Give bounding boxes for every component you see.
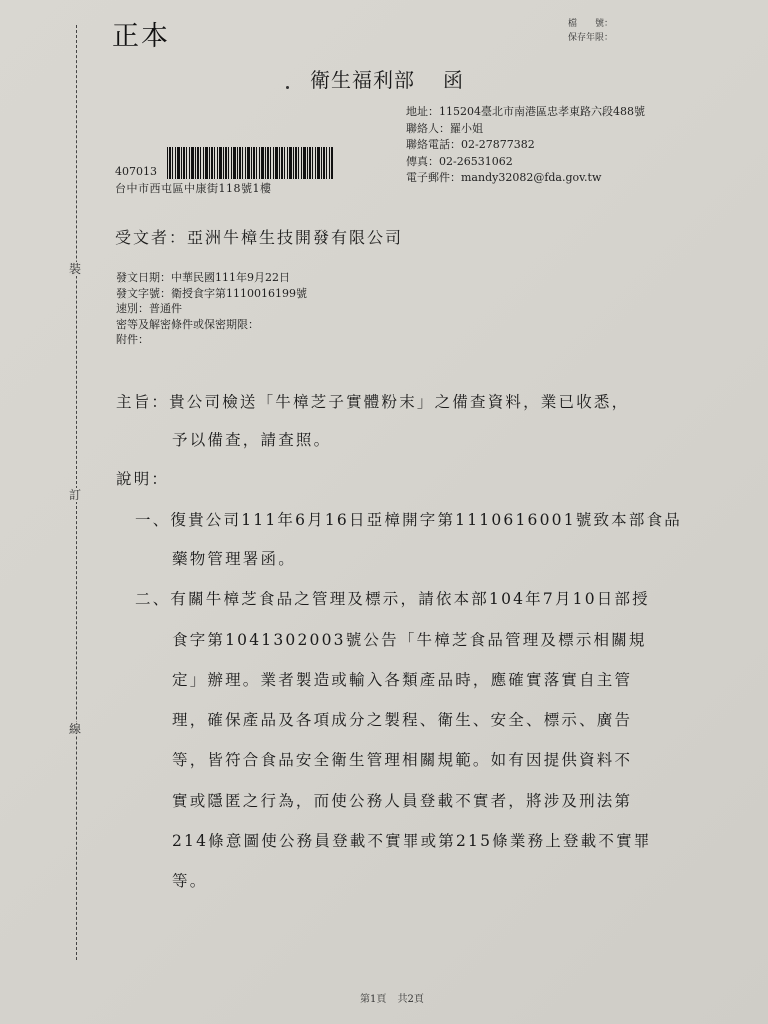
page-footer: 第1頁 共2頁 <box>360 990 424 1005</box>
binding-mark-ding: 訂 <box>69 488 81 502</box>
explanation-item-2-line-2: 食字第1041302003號公告「牛樟芝食品管理及標示相關規 <box>172 628 647 650</box>
delivery-type: 速別：普通件 <box>116 301 307 317</box>
original-copy-label: 正本 <box>112 14 170 53</box>
explanation-item-2-line-8: 等。 <box>172 869 207 891</box>
explanation-heading: 說明： <box>116 467 169 489</box>
header-dot <box>286 86 289 89</box>
explanation-item-2-line-3: 定」辦理。業者製造或輸入各類產品時，應確實落實自主管 <box>172 668 632 690</box>
classification: 密等及解密條件或保密期限： <box>116 317 307 333</box>
document-header: 衛生福利部函 <box>310 64 464 93</box>
retention-period-label: 保存年限： <box>568 31 613 45</box>
issue-date: 發文日期：中華民國111年9月22日 <box>116 270 307 286</box>
agency-name: 衛生福利部 <box>310 68 415 92</box>
sender-contact-block: 地址：115204臺北市南港區忠孝東路六段488號 聯絡人：羅小姐 聯絡電話：0… <box>406 104 645 187</box>
explanation-item-2-line-7: 214條意圖使公務員登載不實罪或第215條業務上登載不實罪 <box>172 829 651 851</box>
barcode <box>167 147 333 179</box>
document-type: 函 <box>443 68 464 92</box>
file-number-label: 檔 號： <box>568 17 613 31</box>
explanation-item-2-line-1: 二、有關牛樟芝食品之管理及標示，請依本部104年7月10日部授 <box>135 587 650 609</box>
attachments: 附件： <box>116 332 307 348</box>
subject-line-2: 予以備查，請查照。 <box>172 428 331 450</box>
contact-phone: 聯絡電話：02-27877382 <box>406 137 645 154</box>
explanation-item-2-line-4: 理，確保產品及各項成分之製程、衛生、安全、標示、廣告 <box>172 708 632 730</box>
sender-address: 地址：115204臺北市南港區忠孝東路六段488號 <box>406 104 645 121</box>
postal-code: 407013 <box>115 165 157 178</box>
archive-meta: 檔 號： 保存年限： <box>568 17 613 45</box>
explanation-item-1-line-2: 藥物管理署函。 <box>172 547 296 569</box>
binding-mark-xian: 線 <box>69 722 81 736</box>
explanation-item-2-line-5: 等，皆符合食品安全衛生管理相關規範。如有因提供資料不 <box>172 748 632 770</box>
recipient-address: 台中市西屯區中康街118號1樓 <box>115 180 272 196</box>
official-letter-page: 裝 訂 線 正本 檔 號： 保存年限： 衛生福利部函 地址：115204臺北市南… <box>0 0 768 1024</box>
document-number: 發文字號：衛授食字第1110016199號 <box>116 286 307 302</box>
document-meta-fields: 發文日期：中華民國111年9月22日 發文字號：衛授食字第1110016199號… <box>116 270 307 348</box>
contact-email: 電子郵件：mandy32082@fda.gov.tw <box>406 170 645 187</box>
binding-mark-zhuang: 裝 <box>69 262 81 276</box>
contact-fax: 傳真：02-26531062 <box>406 154 645 171</box>
subject-line-1: 主旨：貴公司檢送「牛樟芝子實體粉末」之備查資料，業已收悉， <box>116 390 629 412</box>
addressee: 受文者：亞洲牛樟生技開發有限公司 <box>115 225 403 248</box>
explanation-item-1-line-1: 一、復貴公司111年6月16日亞樟開字第1110616001號致本部食品 <box>135 508 682 530</box>
explanation-item-2-line-6: 實或隱匿之行為，而使公務人員登載不實者，將涉及刑法第 <box>172 789 632 811</box>
contact-person: 聯絡人：羅小姐 <box>406 121 645 138</box>
